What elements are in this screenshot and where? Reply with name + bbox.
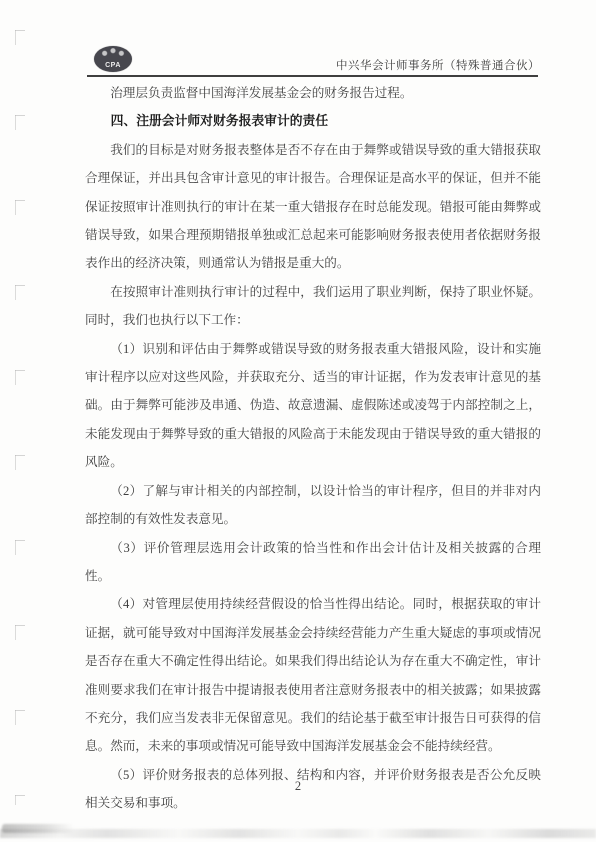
scan-edge-smudge xyxy=(0,829,596,838)
paragraph-list: 我们的目标是对财务报表整体是否不存在由于舞弊或错误导致的重大错报获取合理保证，并… xyxy=(85,136,541,818)
body-paragraph: 在按照审计准则执行审计的过程中，我们运用了职业判断，保持了职业怀疑。同时，我们也… xyxy=(85,278,541,335)
scan-corner-smudge xyxy=(2,824,74,833)
firm-name: 中兴华会计师事务所（特殊普通合伙） xyxy=(336,57,540,73)
document-body: 治理层负责监督中国海洋发展基金会的财务报告过程。 四、注册会计师对财务报表审计的… xyxy=(85,79,541,818)
header-rule xyxy=(87,75,538,77)
body-paragraph: （1）识别和评估由于舞弊或错误导致的财务报表重大错报风险，设计和实施审计程序以应… xyxy=(85,335,541,477)
section-heading: 四、注册会计师对财务报表审计的责任 xyxy=(85,107,541,135)
intro-paragraph: 治理层负责监督中国海洋发展基金会的财务报告过程。 xyxy=(85,79,541,107)
cpa-logo-icon: CPA xyxy=(94,46,132,72)
body-paragraph: （4）对管理层使用持续经营假设的恰当性得出结论。同时，根据获取的审计证据，就可能… xyxy=(85,590,541,760)
cpa-logo-text: CPA xyxy=(94,62,132,69)
body-paragraph: （3）评价管理层选用会计政策的恰当性和作出会计估计及相关披露的合理性。 xyxy=(85,534,541,591)
scan-binding-marks xyxy=(15,30,25,805)
document-page: CPA 中兴华会计师事务所（特殊普通合伙） 治理层负责监督中国海洋发展基金会的财… xyxy=(0,0,596,842)
body-paragraph: 我们的目标是对财务报表整体是否不存在由于舞弊或错误导致的重大错报获取合理保证，并… xyxy=(85,136,541,278)
body-paragraph: （2）了解与审计相关的内部控制，以设计恰当的审计程序，但目的并非对内部控制的有效… xyxy=(85,477,541,534)
page-number: 2 xyxy=(0,779,596,794)
